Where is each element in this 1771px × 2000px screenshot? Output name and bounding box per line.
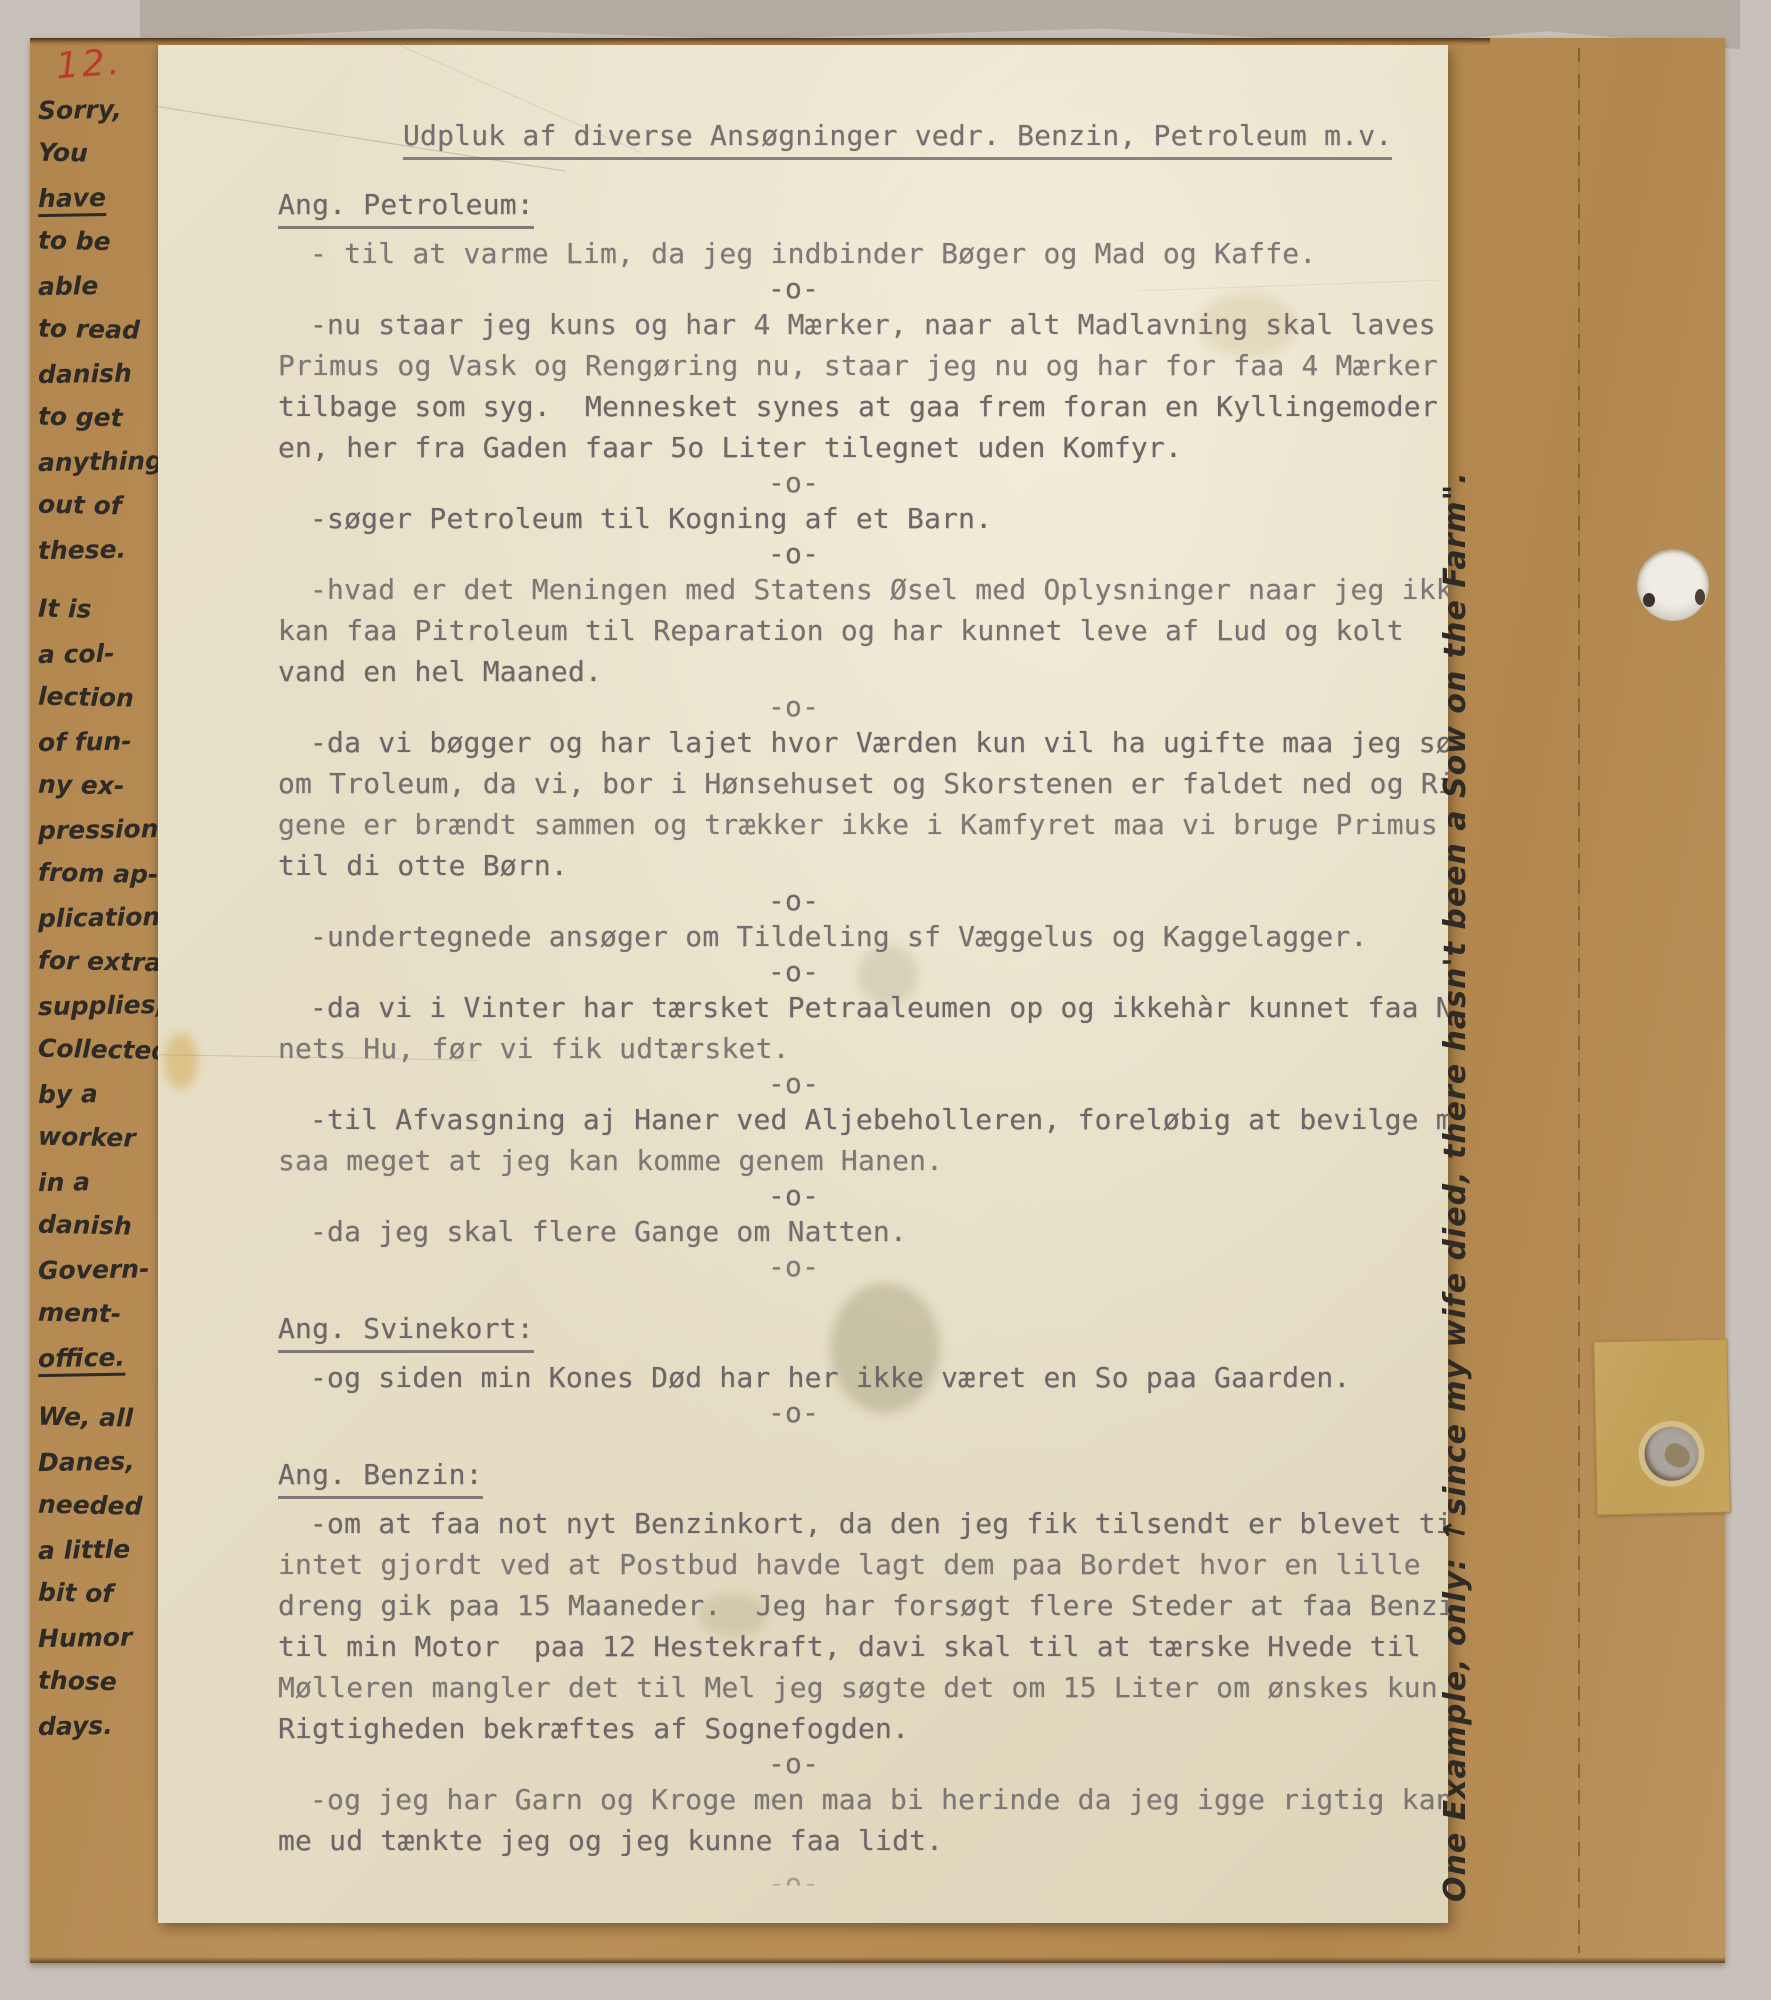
margin-note-line: for extra xyxy=(38,939,171,986)
margin-note-line: bit of xyxy=(38,1571,171,1618)
margin-note-line: supplies, xyxy=(38,983,171,1029)
underlined-text: Ang. Svinekort: xyxy=(278,1312,534,1353)
burnt-top-edge xyxy=(30,38,1490,45)
separator: -o- xyxy=(278,957,1448,987)
side-note-prefix: One Example, only: xyxy=(1438,1546,1473,1902)
typed-line: - til at varme Lim, da jeg indbinder Bøg… xyxy=(278,233,1448,274)
tape-patch xyxy=(1593,1339,1731,1516)
separator: -o- xyxy=(278,692,1448,722)
section-heading: Ang. Benzin: xyxy=(278,1454,1448,1495)
margin-note-line: ment- xyxy=(38,1291,171,1338)
typed-line: -da jeg skal flere Gange om Natten. xyxy=(278,1211,1448,1252)
margin-note-line: of fun- xyxy=(38,719,171,765)
margin-note-line: from ap- xyxy=(38,851,171,898)
margin-note-line: lection xyxy=(38,675,171,722)
margin-note-line: danish xyxy=(38,1203,171,1250)
separator: -o- xyxy=(278,1181,1448,1211)
typed-line: til di otte Børn. xyxy=(278,845,1448,886)
underlined-text: Ang. Petroleum: xyxy=(278,188,534,229)
margin-note-line: in a xyxy=(38,1159,171,1205)
margin-note-line: needed xyxy=(38,1483,171,1530)
document-title: Udpluk af diverse Ansøgninger vedr. Benz… xyxy=(403,115,1448,156)
separator: -o- xyxy=(278,886,1448,916)
page-number: 12. xyxy=(55,42,124,88)
typed-document: Udpluk af diverse Ansøgninger vedr. Benz… xyxy=(158,45,1448,1899)
margin-note-line: ny ex- xyxy=(38,763,171,810)
paper-speck xyxy=(1695,589,1705,605)
margin-note-line: worker xyxy=(38,1115,171,1162)
crease-line xyxy=(1578,48,1580,1953)
torn-flap xyxy=(1661,1440,1694,1471)
typed-line: -om at faa not nyt Benzinkort, da den je… xyxy=(278,1503,1448,1544)
side-note-text: since my wife died, there hasn't been a … xyxy=(1438,471,1473,1515)
typed-line: om Troleum, da vi, bor i Hønsehuset og S… xyxy=(278,763,1448,804)
underlined-text: Udpluk af diverse Ansøgninger vedr. Benz… xyxy=(403,119,1392,160)
typed-line: -og siden min Kones Død har her ikke vær… xyxy=(278,1357,1448,1398)
typed-line: Rigtigheden bekræftes af Sognefogden. xyxy=(278,1708,1448,1749)
margin-note-line: these. xyxy=(38,527,171,573)
margin-note-line: We, all xyxy=(38,1395,171,1442)
typed-line: me ud tænkte jeg og jeg kunne faa lidt. xyxy=(278,1820,1448,1861)
separator: -o- xyxy=(278,1069,1448,1099)
typed-line: -undertegnede ansøger om Tildeling sf Væ… xyxy=(278,916,1448,957)
separator: -o- xyxy=(278,1749,1448,1779)
typed-line: gene er brændt sammen og trækker ikke i … xyxy=(278,804,1448,845)
typed-line: vand en hel Maaned. xyxy=(278,651,1448,692)
typed-line: kan faa Pitroleum til Reparation og har … xyxy=(278,610,1448,651)
margin-note-line: able xyxy=(38,263,171,309)
margin-note-line: Govern- xyxy=(38,1247,171,1293)
margin-note-line: out of xyxy=(38,483,171,530)
typed-line: -til Afvasgning aj Haner ved Aljebeholle… xyxy=(278,1099,1448,1140)
margin-note-line: to get xyxy=(38,395,171,442)
insertion-caret-icon: ↑ xyxy=(1435,1514,1475,1548)
underlined-text: have xyxy=(38,183,106,217)
margin-note-line: a col- xyxy=(38,631,171,677)
margin-note-line: anything xyxy=(38,439,171,485)
separator: -o- xyxy=(278,1252,1448,1282)
underlined-text: Ang. Benzin: xyxy=(278,1458,483,1499)
margin-note: Sorry,Youhaveto beableto readdanishto ge… xyxy=(38,88,170,1748)
typed-line: -og jeg har Garn og Kroge men maa bi her… xyxy=(278,1779,1448,1820)
paper-speck xyxy=(1643,593,1655,607)
margin-note-line: to read xyxy=(38,307,171,354)
backing-bottom-edge xyxy=(30,1957,1725,1963)
typed-line: nets Hu, før vi fik udtærsket. xyxy=(278,1028,1448,1069)
margin-note-line: Danes, xyxy=(38,1439,171,1485)
typed-line: intet gjordt ved at Postbud havde lagt d… xyxy=(278,1544,1448,1585)
separator: -o- xyxy=(278,468,1448,498)
separator: -o- xyxy=(278,1398,1448,1428)
margin-note-line: days. xyxy=(38,1703,171,1749)
margin-note-line: office. xyxy=(38,1335,171,1381)
typed-line: -da vi i Vinter har tærsket Petraaleumen… xyxy=(278,987,1448,1028)
punch-hole-bottom xyxy=(1644,1426,1699,1481)
typed-line: en, her fra Gaden faar 5o Liter tilegnet… xyxy=(278,427,1448,468)
margin-note-line: a little xyxy=(38,1527,171,1573)
typed-line: tilbage som syg. Mennesket synes at gaa … xyxy=(278,386,1448,427)
margin-note-line: pressions xyxy=(38,807,171,853)
typed-line: -søger Petroleum til Kogning af et Barn. xyxy=(278,498,1448,539)
margin-note-line: You xyxy=(38,131,171,178)
margin-note-line: have xyxy=(38,175,171,221)
separator: -o- xyxy=(278,274,1448,304)
typed-line: til min Motor paa 12 Hestekraft, davi sk… xyxy=(278,1626,1448,1667)
margin-note-line: It is xyxy=(38,587,171,634)
margin-note-line: by a xyxy=(38,1071,171,1117)
typed-line: -da vi bøgger og har lajet hvor Værden k… xyxy=(278,722,1448,763)
margin-note-line: Sorry, xyxy=(38,87,171,133)
typed-line: Primus og Vask og Rengøring nu, staar je… xyxy=(278,345,1448,386)
punch-hole-top xyxy=(1637,549,1709,621)
section-heading: Ang. Petroleum: xyxy=(278,184,1448,225)
typewritten-sheet: Udpluk af diverse Ansøgninger vedr. Benz… xyxy=(158,45,1448,1923)
margin-note-line: those xyxy=(38,1659,171,1706)
margin-note-line: Humor xyxy=(38,1615,171,1661)
photo-background: 12. Sorry,Youhaveto beableto readdanisht… xyxy=(0,0,1771,2000)
margin-note-line: to be xyxy=(38,219,171,266)
underlined-text: office. xyxy=(38,1343,125,1378)
separator-clipped: -o- xyxy=(278,1869,1448,1899)
section-heading: Ang. Svinekort: xyxy=(278,1308,1448,1349)
typed-line: saa meget at jeg kan komme genem Hanen. xyxy=(278,1140,1448,1181)
typed-line: dreng gik paa 15 Maaneder. Jeg har forsø… xyxy=(278,1585,1448,1626)
typed-line: -hvad er det Meningen med Statens Øsel m… xyxy=(278,569,1448,610)
side-note: One Example, only: ↑since my wife died, … xyxy=(1438,312,1496,1902)
typed-line: Mølleren mangler det til Mel jeg søgte d… xyxy=(278,1667,1448,1708)
typed-line: -nu staar jeg kuns og har 4 Mærker, naar… xyxy=(278,304,1448,345)
margin-note-line: Collected xyxy=(38,1027,171,1074)
margin-note-line: danish xyxy=(38,351,171,397)
separator: -o- xyxy=(278,539,1448,569)
margin-note-line: plications xyxy=(38,895,171,941)
